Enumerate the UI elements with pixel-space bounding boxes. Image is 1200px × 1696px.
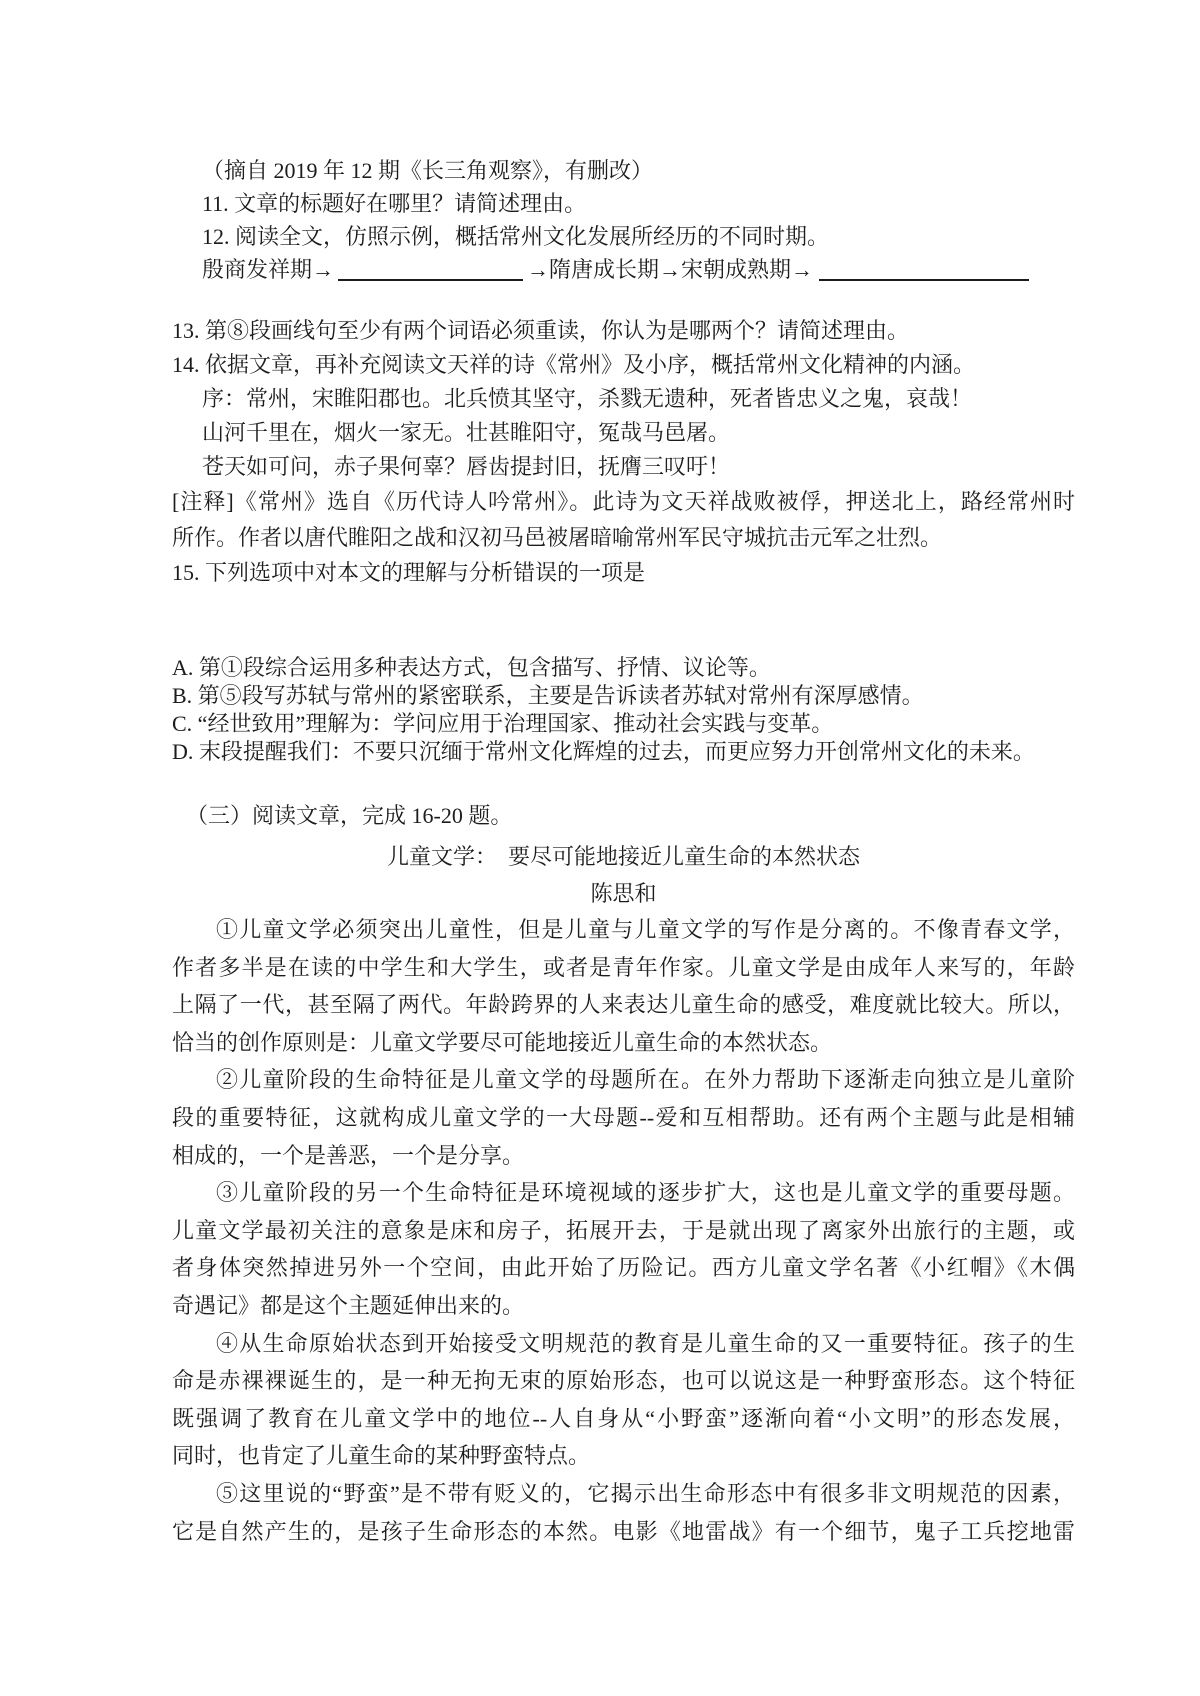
question-12-flow: 殷商发祥期→→隋唐成长期→宋朝成熟期→: [172, 253, 1075, 286]
article-line: 段的重要特征，这就构成儿童文学的一大母题--爱和互相帮助。还有两个主题与此是相辅: [172, 1099, 1075, 1137]
source-attribution: （摘自 2019 年 12 期《长三角观察》，有删改）: [172, 154, 1075, 187]
article-line: ⑤这里说的“野蛮”是不带有贬义的，它揭示出生命形态中有很多非文明规范的因素，: [172, 1475, 1075, 1513]
exam-page: （摘自 2019 年 12 期《长三角观察》，有删改） 11. 文章的标题好在哪…: [0, 0, 1200, 1696]
poem-preface: 序：常州，宋睢阳郡也。北兵愤其坚守，杀戮无遗种，死者皆忠义之鬼，哀哉！: [172, 382, 1075, 416]
article-line: ②儿童阶段的生命特征是儿童文学的母题所在。在外力帮助下逐渐走向独立是儿童阶: [172, 1061, 1075, 1099]
poem-line-1: 山河千里在，烟火一家无。壮甚睢阳守，冤哉马邑屠。: [172, 416, 1075, 450]
article-line: 同时，也肯定了儿童生命的某种野蛮特点。: [172, 1437, 1075, 1475]
poem-line-2: 苍天如可问，赤子果何辜？唇齿提封旧，抚膺三叹吁！: [172, 450, 1075, 484]
question-13: 13. 第⑧段画线句至少有两个词语必须重读，你认为是哪两个？请简述理由。: [172, 314, 1075, 348]
article-line: 上隔了一代，甚至隔了两代。年龄跨界的人来表达儿童生命的感受，难度就比较大。所以，: [172, 986, 1075, 1024]
option-a: A. 第①段综合运用多种表达方式，包含描写、抒情、议论等。: [172, 654, 1075, 682]
article-line: ④从生命原始状态到开始接受文明规范的教育是儿童生命的又一重要特征。孩子的生: [172, 1325, 1075, 1363]
article-line: 儿童文学最初关注的意象是床和房子，拓展开去，于是就出现了离家外出旅行的主题，或: [172, 1212, 1075, 1250]
poem-note-line-1: [注释]《常州》选自《历代诗人吟常州》。此诗为文天祥战败被俘，押送北上，路经常州…: [172, 484, 1075, 520]
question-15: 15. 下列选项中对本文的理解与分析错误的一项是: [172, 556, 1075, 590]
article-line: 奇遇记》都是这个主题延伸出来的。: [172, 1287, 1075, 1325]
question-11: 11. 文章的标题好在哪里？请简述理由。: [172, 187, 1075, 220]
option-b: B. 第⑤段写苏轼与常州的紧密联系，主要是告诉读者苏轼对常州有深厚感情。: [172, 682, 1075, 710]
question-12: 12. 阅读全文，仿照示例，概括常州文化发展所经历的不同时期。: [172, 220, 1075, 253]
spacer: [172, 590, 1075, 654]
article-line: 命是赤裸裸诞生的，是一种无拘无束的原始形态，也可以说这是一种野蛮形态。这个特征: [172, 1362, 1075, 1400]
article-title: 儿童文学： 要尽可能地接近儿童生命的本然状态: [172, 837, 1075, 877]
answer-blank-1: [338, 261, 523, 281]
answer-blank-2: [819, 261, 1029, 281]
flow-stage-mid: →隋唐成长期→宋朝成熟期→: [527, 257, 813, 282]
article-line: 既强调了教育在儿童文学中的地位--人自身从“小野蛮”逐渐向着“小文明”的形态发展…: [172, 1400, 1075, 1438]
option-c: C. “经世致用”理解为：学问应用于治理国家、推动社会实践与变革。: [172, 710, 1075, 738]
article-line: 作者多半是在读的中学生和大学生，或者是青年作家。儿童文学是由成年人来写的，年龄: [172, 949, 1075, 987]
poem-note-line-2: 所作。作者以唐代睢阳之战和汉初马邑被屠暗喻常州军民守城抗击元军之壮烈。: [172, 520, 1075, 556]
article-author: 陈思和: [172, 877, 1075, 911]
article-line: 者身体突然掉进另外一个空间，由此开始了历险记。西方儿童文学名著《小红帽》《木偶: [172, 1249, 1075, 1287]
section-3-header: （三）阅读文章，完成 16-20 题。: [172, 799, 1075, 833]
spacer: [172, 286, 1075, 314]
exam-content: （摘自 2019 年 12 期《长三角观察》，有删改） 11. 文章的标题好在哪…: [172, 154, 1075, 1550]
article-line: ①儿童文学必须突出儿童性，但是儿童与儿童文学的写作是分离的。不像青春文学，: [172, 911, 1075, 949]
article-line: 相成的，一个是善恶，一个是分享。: [172, 1137, 1075, 1175]
question-14: 14. 依据文章，再补充阅读文天祥的诗《常州》及小序，概括常州文化精神的内涵。: [172, 348, 1075, 382]
article-line: 它是自然产生的，是孩子生命形态的本然。电影《地雷战》有一个细节，鬼子工兵挖地雷: [172, 1513, 1075, 1551]
option-d: D. 末段提醒我们：不要只沉缅于常州文化辉煌的过去，而更应努力开创常州文化的未来…: [172, 738, 1075, 766]
flow-stage-start: 殷商发祥期→: [202, 257, 334, 282]
spacer: [172, 766, 1075, 799]
article-line: 恰当的创作原则是：儿童文学要尽可能地接近儿童生命的本然状态。: [172, 1024, 1075, 1062]
article-line: ③儿童阶段的另一个生命特征是环境视域的逐步扩大，这也是儿童文学的重要母题。: [172, 1174, 1075, 1212]
